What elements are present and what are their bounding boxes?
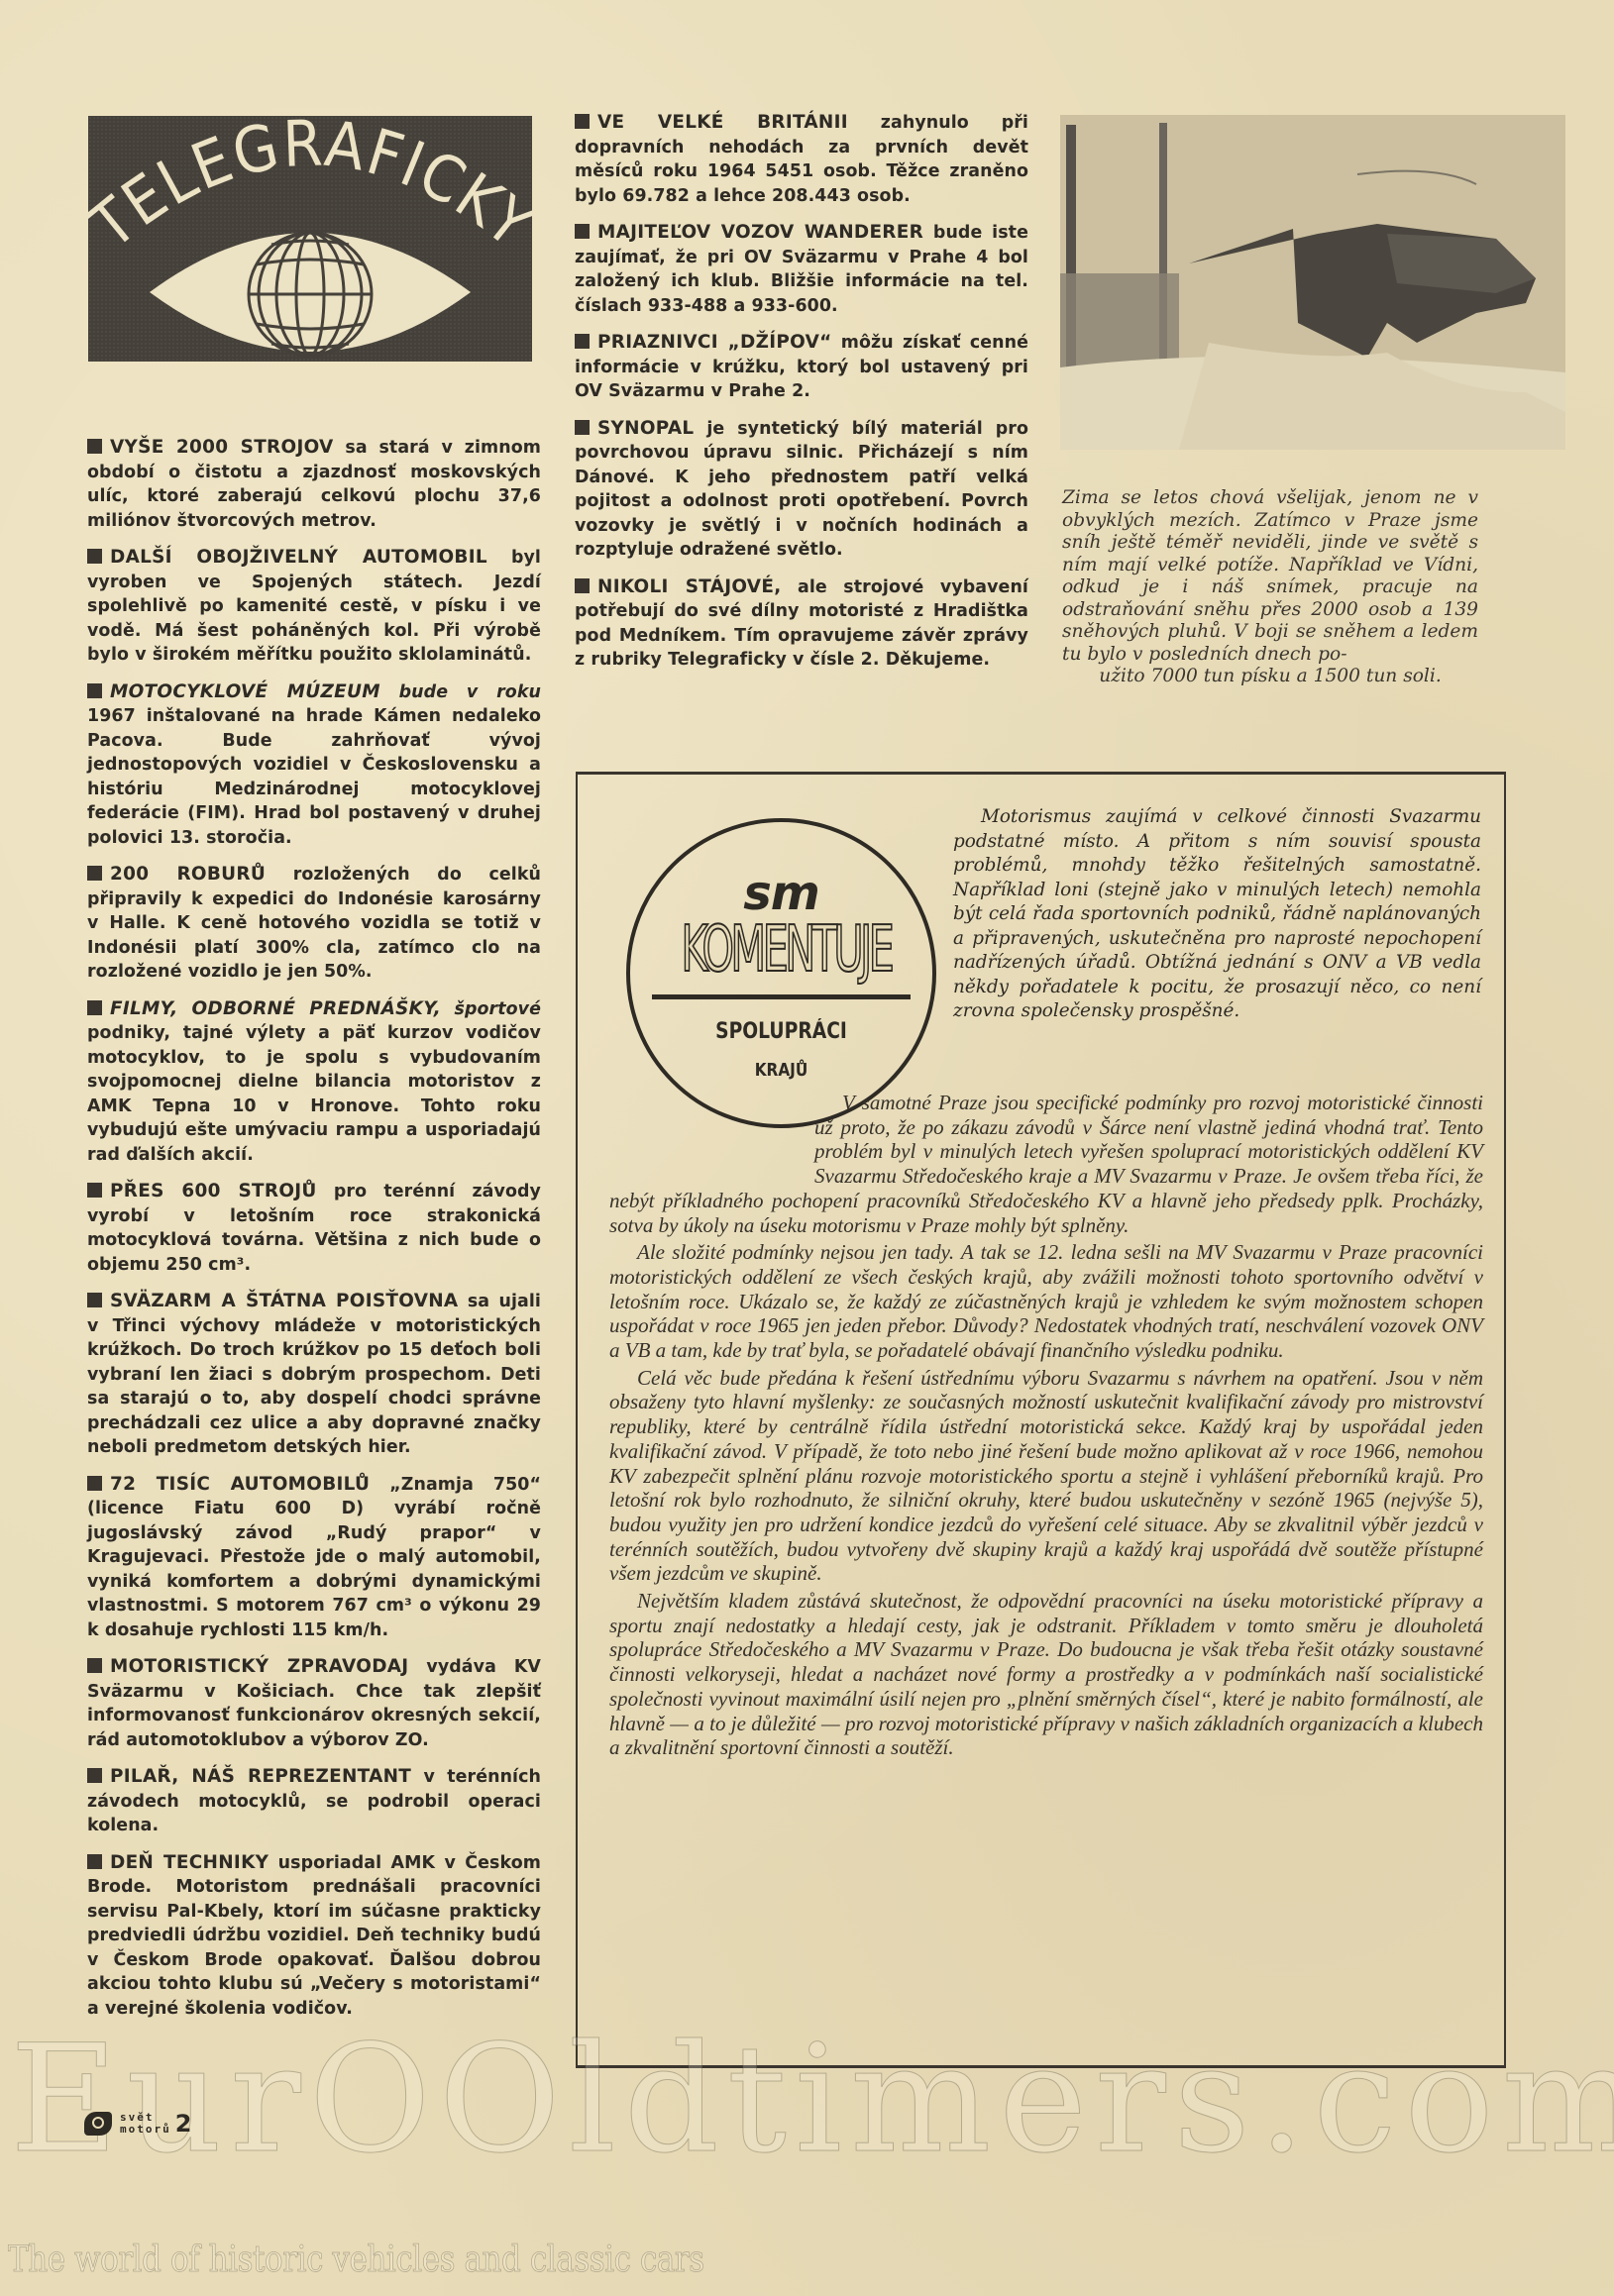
news-item-headline-suffix: bude v roku bbox=[380, 682, 541, 702]
news-item-headline: DEŇ TECHNIKY bbox=[110, 1852, 269, 1873]
square-bullet-icon bbox=[87, 1768, 102, 1783]
news-item-headline: MOTOCYKLOVÉ MÚZEUM bbox=[110, 681, 380, 702]
telegraficky-middle-column: VE VELKÉ BRITÁNII zahynulo při dopravníc… bbox=[575, 111, 1028, 685]
news-item-headline: MOTORISTICKÝ ZPRAVODAJ bbox=[110, 1656, 408, 1677]
news-item: VYŠE 2000 STROJOV sa stará v zimnom obdo… bbox=[87, 436, 541, 533]
commentary-intro-text: Motorismus zaujímá v celkové činnosti Sv… bbox=[953, 805, 1481, 1024]
photo-caption: Zima se letos chová všelijak, jenom ne v… bbox=[1062, 487, 1478, 688]
news-item: SYNOPAL je syntetický bílý materiál pro … bbox=[575, 417, 1028, 563]
watermark-tagline: The world of historic vehicles and class… bbox=[8, 2241, 704, 2280]
news-item: PŘES 600 STROJŮ pro terénní závody vyrob… bbox=[87, 1180, 541, 1277]
commentary-body: V samotné Praze jsou specifické podmínky… bbox=[609, 1091, 1483, 1763]
news-item: DEŇ TECHNIKY usporiadal AMK v Českom Bro… bbox=[87, 1851, 541, 2022]
square-bullet-icon bbox=[87, 866, 102, 881]
commentary-intro: Motorismus zaujímá v celkové činnosti Sv… bbox=[953, 805, 1481, 1024]
news-item: MAJITEĽOV VOZOV WANDERER bude iste zaují… bbox=[575, 221, 1028, 318]
news-item: MOTOCYKLOVÉ MÚZEUM bude v roku 1967 inšt… bbox=[87, 680, 541, 851]
square-bullet-icon bbox=[87, 1658, 102, 1673]
news-item-text: sa ujali v Třinci výchovy mládeže v moto… bbox=[87, 1292, 541, 1457]
news-item-headline: MAJITEĽOV VOZOV WANDERER bbox=[597, 222, 923, 243]
square-bullet-icon bbox=[575, 224, 590, 239]
magazine-footer: svět motorů 2 bbox=[84, 2110, 191, 2138]
news-item-headline: SYNOPAL bbox=[597, 418, 694, 439]
news-item-text: usporiadal AMK v Českom Brode. Motoristo… bbox=[87, 1853, 541, 2019]
news-item: FILMY, ODBORNÉ PREDNÁŠKY, športové podni… bbox=[87, 997, 541, 1168]
news-item-headline: 72 TISÍC AUTOMOBILŮ bbox=[110, 1474, 370, 1495]
news-item-headline: PŘES 600 STROJŮ bbox=[110, 1181, 317, 1201]
eye-globe-icon: TELEGRAFICKY bbox=[88, 116, 532, 362]
brand-line-2: motorů bbox=[120, 2124, 171, 2136]
news-item-headline: PRIAZNIVCI „DŽÍPOV“ bbox=[597, 332, 832, 353]
caption-text: Zima se letos chová všelijak, jenom ne v… bbox=[1062, 487, 1478, 665]
square-bullet-icon bbox=[575, 420, 590, 435]
stamp-sm-logo: sm bbox=[630, 870, 932, 917]
commentary-paragraph: Ale složité podmínky nejsou jen tady. A … bbox=[609, 1240, 1483, 1363]
square-bullet-icon bbox=[87, 683, 102, 698]
news-item-headline: VYŠE 2000 STROJOV bbox=[110, 437, 334, 458]
square-bullet-icon bbox=[575, 334, 590, 349]
news-item-text: podniky, tajné výlety a päť kurzov vodič… bbox=[87, 1023, 541, 1165]
news-item: 72 TISÍC AUTOMOBILŮ „Znamja 750“ (licenc… bbox=[87, 1473, 541, 1643]
square-bullet-icon bbox=[87, 439, 102, 454]
news-item: SVÄZARM A ŠTÁTNA POISŤOVNA sa ujali v Tř… bbox=[87, 1290, 541, 1460]
news-item-text: „Znamja 750“ (licence Fiatu 600 D) vyráb… bbox=[87, 1475, 541, 1640]
news-item: VE VELKÉ BRITÁNII zahynulo při dopravníc… bbox=[575, 111, 1028, 208]
stamp-subtitle-1: SPOLUPRÁCI bbox=[653, 1019, 910, 1044]
square-bullet-icon bbox=[87, 1476, 102, 1491]
news-item-headline-suffix: športové bbox=[441, 999, 541, 1019]
caption-last-line: užito 7000 tun písku a 1500 tun soli. bbox=[1062, 666, 1478, 688]
svet-motoru-logo-icon bbox=[84, 2112, 112, 2136]
stamp-divider bbox=[652, 994, 911, 999]
square-bullet-icon bbox=[87, 549, 102, 564]
square-bullet-icon bbox=[87, 1183, 102, 1198]
news-item-headline: NIKOLI STÁJOVÉ, bbox=[597, 576, 781, 597]
news-item: PILAŘ, NÁŠ REPREZENTANT v terénních závo… bbox=[87, 1765, 541, 1838]
commentary-paragraph: Celá věc bude předána k řešení ústředním… bbox=[609, 1366, 1483, 1586]
news-item: NIKOLI STÁJOVÉ, ale strojové vybavení po… bbox=[575, 575, 1028, 673]
sm-komentuje-stamp: sm KOMENTUJE SPOLUPRÁCI KRAJŮ bbox=[626, 818, 936, 1128]
news-item: PRIAZNIVCI „DŽÍPOV“ môžu získať cenné in… bbox=[575, 331, 1028, 404]
square-bullet-icon bbox=[87, 1854, 102, 1869]
stamp-subtitle-2: KRAJŮ bbox=[653, 1060, 910, 1081]
news-item-headline: SVÄZARM A ŠTÁTNA POISŤOVNA bbox=[110, 1291, 458, 1311]
magazine-name: svět motorů bbox=[120, 2112, 171, 2136]
stamp-wrap-spacer bbox=[609, 1091, 814, 1186]
news-photo bbox=[1060, 115, 1565, 450]
news-item-headline: PILAŘ, NÁŠ REPREZENTANT bbox=[110, 1766, 411, 1787]
commentary-paragraph: Největším kladem zůstává skutečnost, že … bbox=[609, 1589, 1483, 1760]
square-bullet-icon bbox=[87, 1293, 102, 1307]
news-item-text: 1967 inštalované na hrade Kámen nedaleko… bbox=[87, 706, 541, 848]
news-item: MOTORISTICKÝ ZPRAVODAJ vydáva KV Sväzarm… bbox=[87, 1655, 541, 1752]
news-item: DALŠÍ OBOJŽIVELNÝ AUTOMOBIL byl vyroben … bbox=[87, 546, 541, 668]
stamp-title: KOMENTUJE bbox=[681, 917, 881, 983]
news-item-headline: 200 ROBURŮ bbox=[110, 864, 266, 885]
square-bullet-icon bbox=[575, 578, 590, 593]
square-bullet-icon bbox=[87, 1000, 102, 1015]
telegraficky-logo: TELEGRAFICKY bbox=[88, 116, 532, 362]
news-item-text: je syntetický bílý materiál pro povrchov… bbox=[575, 419, 1028, 561]
news-item-headline: VE VELKÉ BRITÁNII bbox=[597, 112, 848, 133]
news-item-headline: FILMY, ODBORNÉ PREDNÁŠKY, bbox=[110, 998, 441, 1019]
snowplough-photo-icon bbox=[1060, 115, 1565, 450]
news-item-headline: DALŠÍ OBOJŽIVELNÝ AUTOMOBIL bbox=[110, 547, 487, 568]
square-bullet-icon bbox=[575, 114, 590, 129]
watermark-site: EurOOldtimers.com bbox=[10, 2021, 1614, 2179]
issue-number: 2 bbox=[175, 2110, 192, 2138]
telegraficky-left-column: VYŠE 2000 STROJOV sa stará v zimnom obdo… bbox=[87, 436, 541, 2034]
news-item: 200 ROBURŮ rozložených do celků připravi… bbox=[87, 863, 541, 985]
